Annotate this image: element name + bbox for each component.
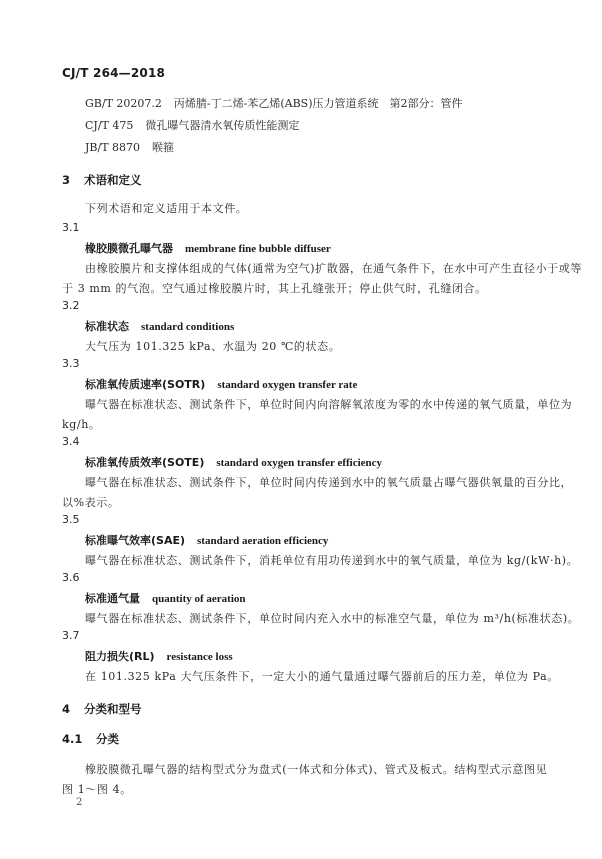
term-heading: 标准通气量quantity of aeration <box>85 590 246 606</box>
term-heading: 标准状态standard conditions <box>85 318 234 334</box>
term-heading: 标准氧传质效率(SOTE)standard oxygen transfer ef… <box>85 454 382 470</box>
clause-number: 3.7 <box>62 629 80 642</box>
paragraph-text: 图 1～图 4。 <box>62 781 132 797</box>
reference-title: 丙烯腈-丁二烯-苯乙烯(ABS)压力管道系统 第2部分：管件 <box>174 97 463 110</box>
reference-code: CJ/T 475 <box>85 119 133 132</box>
subsection-heading: 4.1分类 <box>62 731 119 747</box>
reference-code: GB/T 20207.2 <box>85 97 162 110</box>
term-heading: 橡胶膜微孔曝气器membrane fine bubble diffuser <box>85 240 331 256</box>
term-heading: 阻力损失(RL)resistance loss <box>85 648 233 664</box>
definition-text: 以%表示。 <box>62 494 119 510</box>
clause-number: 3.6 <box>62 571 80 584</box>
section-heading: 4分类和型号 <box>62 701 142 717</box>
definition-text: 曝气器在标准状态、测试条件下，单位时间内传递到水中的氧气质量占曝气器供氧量的百分… <box>85 474 572 490</box>
definition-text: 曝气器在标准状态、测试条件下，单位时间内充入水中的标准空气量，单位为 m³/h(… <box>85 610 579 626</box>
definition-text: 在 101.325 kPa 大气压条件下，一定大小的通气量通过曝气器前后的压力差… <box>85 668 559 684</box>
definition-text: 曝气器在标准状态、测试条件下，单位时间内向溶解氧浓度为零的水中传递的氧气质量，单… <box>85 396 572 412</box>
reference-code: JB/T 8870 <box>85 141 140 154</box>
reference-title: 喉箍 <box>152 141 174 154</box>
clause-number: 3.4 <box>62 435 80 448</box>
standard-code-header: CJ/T 264—2018 <box>62 66 165 80</box>
reference-item: CJ/T 475微孔曝气器清水氧传质性能测定 <box>85 117 299 133</box>
page-number: 2 <box>76 797 82 808</box>
clause-number: 3.2 <box>62 299 80 312</box>
document-page: CJ/T 264—2018 GB/T 20207.2丙烯腈-丁二烯-苯乙烯(AB… <box>0 0 602 859</box>
definition-text: kg/h。 <box>62 416 101 432</box>
term-heading: 标准曝气效率(SAE)standard aeration efficiency <box>85 532 328 548</box>
section-heading: 3术语和定义 <box>62 172 142 188</box>
reference-item: JB/T 8870喉箍 <box>85 139 174 155</box>
section-intro: 下列术语和定义适用于本文件。 <box>85 200 247 216</box>
definition-text: 由橡胶膜片和支撑体组成的气体(通常为空气)扩散器，在通气条件下，在水中可产生直径… <box>85 260 582 276</box>
clause-number: 3.3 <box>62 357 80 370</box>
paragraph-text: 橡胶膜微孔曝气器的结构型式分为盘式(一体式和分体式)、管式及板式。结构型式示意图… <box>85 761 547 777</box>
definition-text: 曝气器在标准状态、测试条件下，消耗单位有用功传递到水中的氧气质量，单位为 kg/… <box>85 552 578 568</box>
clause-number: 3.5 <box>62 513 80 526</box>
definition-text: 于 3 mm 的气泡。空气通过橡胶膜片时，其上孔缝张开；停止供气时，孔缝闭合。 <box>62 280 487 296</box>
reference-item: GB/T 20207.2丙烯腈-丁二烯-苯乙烯(ABS)压力管道系统 第2部分：… <box>85 95 462 111</box>
definition-text: 大气压为 101.325 kPa、水温为 20 ℃的状态。 <box>85 338 340 354</box>
reference-title: 微孔曝气器清水氧传质性能测定 <box>145 119 299 132</box>
term-heading: 标准氧传质速率(SOTR)standard oxygen transfer ra… <box>85 376 357 392</box>
clause-number: 3.1 <box>62 221 80 234</box>
